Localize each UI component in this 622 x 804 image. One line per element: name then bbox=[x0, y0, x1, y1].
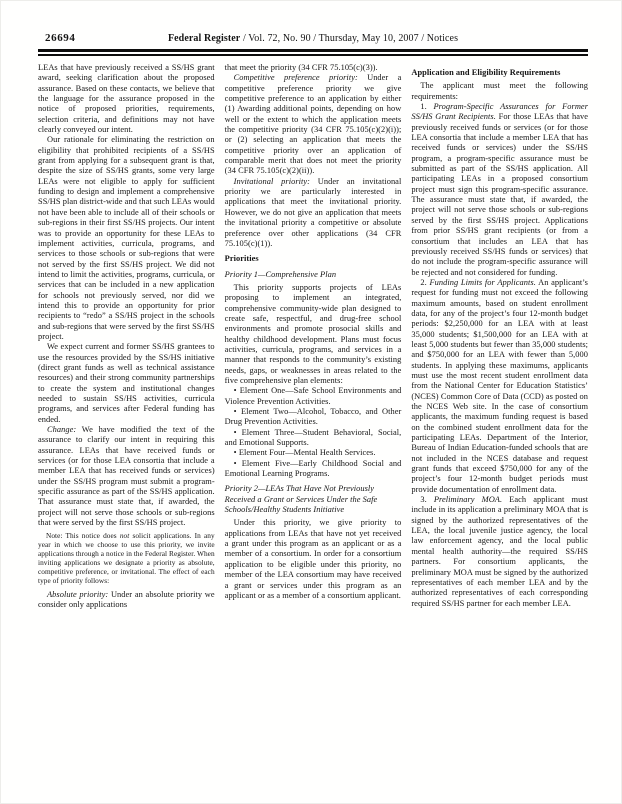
text-run: Application and Eligibility Requirements bbox=[411, 68, 560, 77]
text-run: Element Four—Mental Health Services. bbox=[239, 448, 376, 457]
text-run: Under an invitational priority we are pa… bbox=[225, 177, 402, 248]
paragraph: We expect current and former SS/HS grant… bbox=[38, 342, 215, 425]
text-run: Note: This notice does bbox=[46, 531, 120, 540]
text-run: Funding Limits for Applicants. bbox=[429, 278, 535, 287]
header-journal-name: Federal Register bbox=[168, 33, 240, 44]
paragraph: Competitive preference priority: Under a… bbox=[225, 73, 402, 176]
text-run: 1. bbox=[420, 102, 433, 111]
text-run: Each applicant must include in its appli… bbox=[411, 495, 588, 607]
paragraph: This priority supports projects of LEAs … bbox=[225, 283, 402, 386]
federal-register-page: 26694 Federal Register / Vol. 72, No. 90… bbox=[0, 0, 622, 804]
text-run: Our rationale for eliminating the restri… bbox=[38, 135, 215, 341]
paragraph: Change: We have modified the text of the… bbox=[38, 425, 215, 528]
paragraph: The applicant must meet the following re… bbox=[411, 81, 588, 102]
text-run: Element Two—Alcohol, Tobacco, and Other … bbox=[225, 407, 402, 426]
text-run: Priority 2—LEAs That Have Not Previously… bbox=[225, 484, 378, 514]
bullet-item: • Element Two—Alcohol, Tobacco, and Othe… bbox=[225, 407, 402, 428]
text-run: Change: bbox=[47, 425, 76, 434]
paragraph: 3. Preliminary MOA. Each applicant must … bbox=[411, 495, 588, 609]
bullet-icon: • bbox=[234, 407, 241, 416]
text-run: An applicant’s request for funding must … bbox=[411, 278, 588, 494]
paragraph: that meet the priority (34 CFR 75.105(c)… bbox=[225, 63, 402, 73]
text-run: Under a competitive preference priority … bbox=[225, 73, 402, 175]
column-1: LEAs that have previously received a SS/… bbox=[38, 63, 215, 611]
paragraph: 1. Program-Specific Assurances for Forme… bbox=[411, 102, 588, 278]
text-run: The applicant must meet the following re… bbox=[411, 81, 588, 100]
header-double-rule bbox=[38, 49, 588, 56]
bullet-item: • Element Four—Mental Health Services. bbox=[225, 448, 402, 458]
paragraph: Our rationale for eliminating the restri… bbox=[38, 135, 215, 342]
text-run: not bbox=[120, 531, 129, 540]
text-run: Element Three—Student Behavioral, Social… bbox=[225, 428, 402, 447]
section-heading: Application and Eligibility Requirements bbox=[411, 68, 588, 78]
text-run: LEAs that have previously received a SS/… bbox=[38, 63, 215, 134]
text-run: For those LEAs that have previously rece… bbox=[411, 112, 588, 276]
text-run: Absolute priority: bbox=[47, 590, 108, 599]
text-run: This priority supports projects of LEAs … bbox=[225, 283, 402, 385]
bullet-icon: • bbox=[234, 428, 242, 437]
text-run: Priorities bbox=[225, 254, 259, 263]
note-paragraph: Note: This notice does not solicit appli… bbox=[38, 532, 215, 585]
text-run: Priority 1—Comprehensive Plan bbox=[225, 270, 336, 279]
bullet-icon: • bbox=[234, 459, 242, 468]
column-3: Application and Eligibility Requirements… bbox=[411, 63, 588, 611]
text-run: Under this priority, we give priority to… bbox=[225, 518, 402, 599]
column-2: that meet the priority (34 CFR 75.105(c)… bbox=[225, 63, 402, 611]
text-run: Element Five—Early Childhood Social and … bbox=[225, 459, 402, 478]
text-run: Competitive preference priority: bbox=[234, 73, 358, 82]
paragraph: Under this priority, we give priority to… bbox=[225, 518, 402, 601]
page-header: 26694 Federal Register / Vol. 72, No. 90… bbox=[38, 26, 588, 46]
text-run: Element One—Safe School Environments and… bbox=[225, 386, 402, 405]
text-columns: LEAs that have previously received a SS/… bbox=[38, 63, 588, 611]
priority-heading: Priority 1—Comprehensive Plan bbox=[225, 270, 402, 280]
text-run: that meet the priority (34 CFR 75.105(c)… bbox=[225, 63, 378, 72]
text-run: We expect current and former SS/HS grant… bbox=[38, 342, 215, 423]
bullet-item: • Element One—Safe School Environments a… bbox=[225, 386, 402, 407]
text-run: Preliminary MOA. bbox=[434, 495, 502, 504]
header-issue-info: / Vol. 72, No. 90 / Thursday, May 10, 20… bbox=[243, 33, 458, 44]
paragraph: LEAs that have previously received a SS/… bbox=[38, 63, 215, 135]
bullet-item: • Element Five—Early Childhood Social an… bbox=[225, 459, 402, 480]
text-run: We have modified the text of the assuran… bbox=[38, 425, 215, 527]
bullet-item: • Element Three—Student Behavioral, Soci… bbox=[225, 428, 402, 449]
text-run: solicit applications. In any year in whi… bbox=[38, 531, 215, 585]
paragraph: Invitational priority: Under an invitati… bbox=[225, 177, 402, 249]
priority-heading: Priority 2—LEAs That Have Not Previously… bbox=[225, 484, 402, 515]
header-title: Federal Register / Vol. 72, No. 90 / Thu… bbox=[38, 33, 588, 44]
paragraph: Absolute priority: Under an absolute pri… bbox=[38, 590, 215, 611]
text-run: 3. bbox=[420, 495, 434, 504]
section-heading: Priorities bbox=[225, 254, 402, 264]
paragraph: 2. Funding Limits for Applicants. An app… bbox=[411, 278, 588, 495]
text-run: Invitational priority: bbox=[234, 177, 310, 186]
